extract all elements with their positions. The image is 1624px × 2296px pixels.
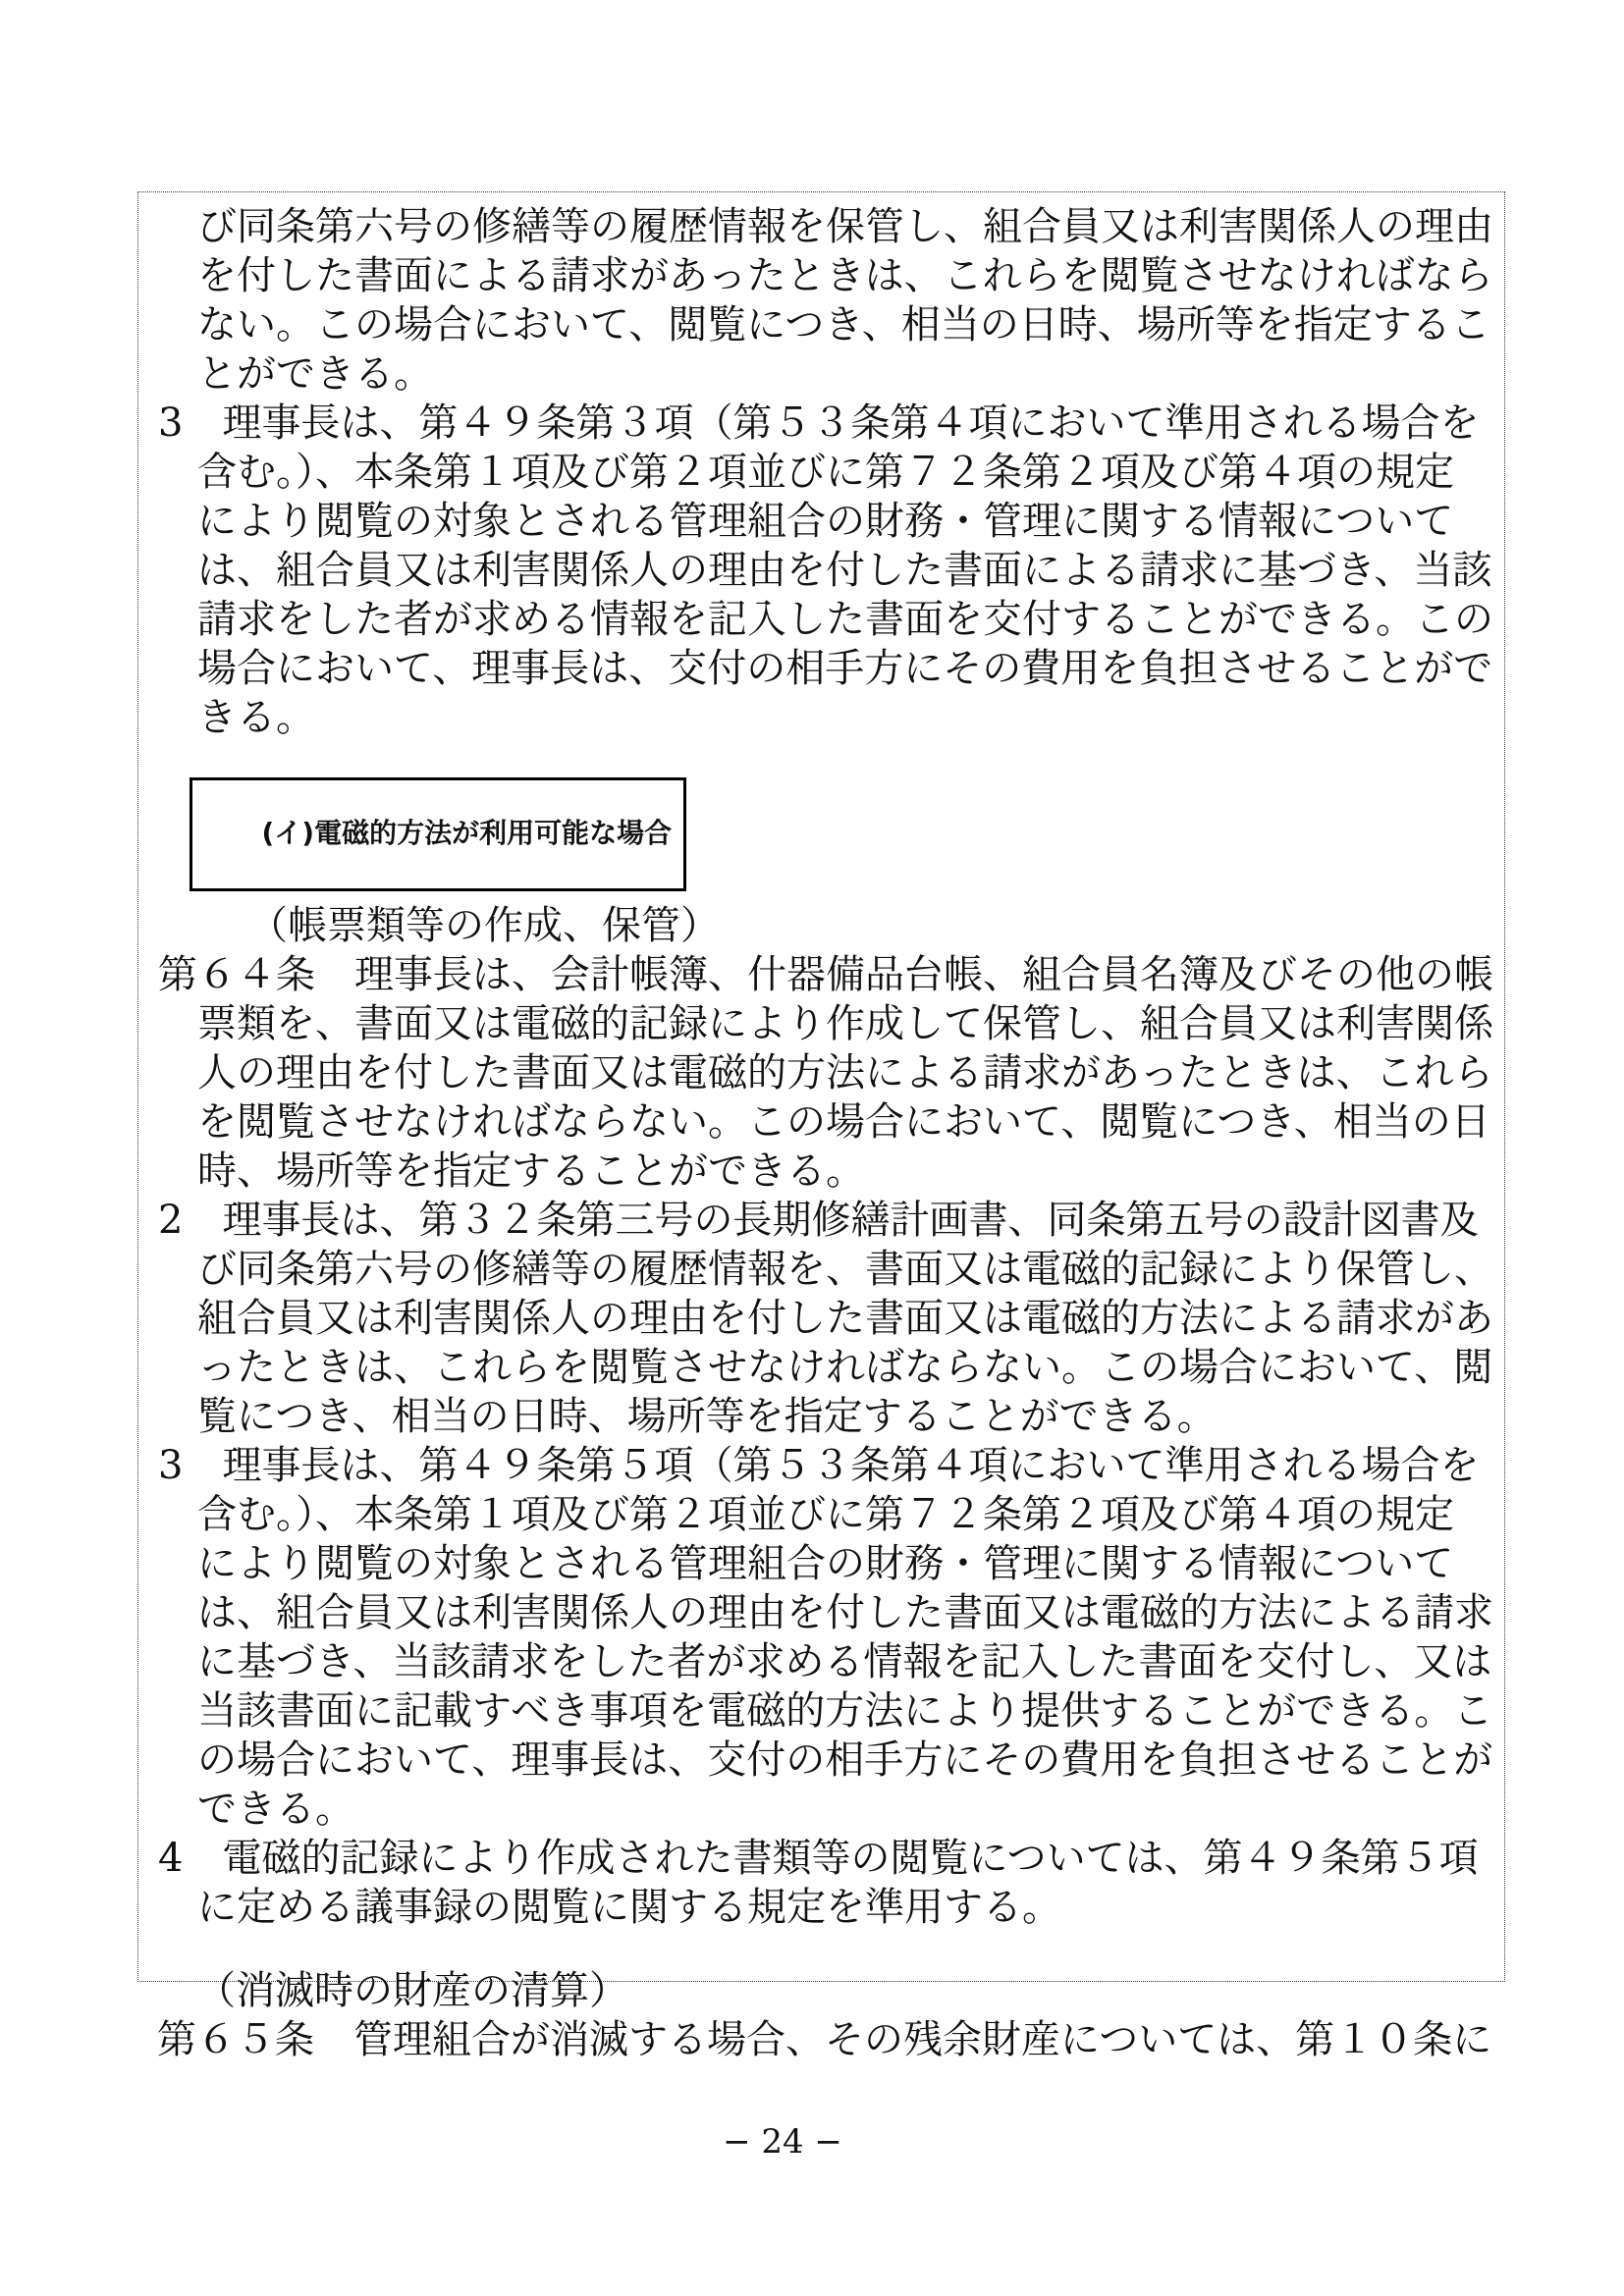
text-line: 当該書面に記載すべき事項を電磁的方法により提供することができる。こ: [138, 1686, 1500, 1735]
text-line: の場合において、理事長は、交付の相手方にその費用を負担させることが: [138, 1735, 1500, 1785]
text-line: に定める議事録の閲覧に関する規定を準用する。: [138, 1883, 1500, 1932]
text-line: 2 理事長は、第３２条第三号の長期修繕計画書、同条第五号の設計図書及: [138, 1196, 1500, 1245]
provision-lines-before-label: び同条第六号の修繕等の履歴情報を保管し、組合員又は利害関係人の理由を付した書面に…: [138, 202, 1500, 742]
text-line: 人の理由を付した書面又は電磁的方法による請求があったときは、これら: [138, 1048, 1500, 1097]
document-page: び同条第六号の修繕等の履歴情報を保管し、組合員又は利害関係人の理由を付した書面に…: [0, 0, 1624, 2296]
page-number: − 24 −: [0, 2120, 1565, 2163]
text-line: （消滅時の財産の清算）: [137, 1966, 1505, 2015]
text-line: 第６４条 理事長は、会計帳簿、什器備品台帳、組合員名簿及びその他の帳: [138, 950, 1500, 999]
subsection-label-box: (イ)電磁的方法が利用可能な場合: [189, 777, 686, 891]
text-line: 請求をした者が求める情報を記入した書面を交付することができる。この: [138, 595, 1500, 644]
subsection-label-text: (イ)電磁的方法が利用可能な場合: [262, 817, 673, 849]
text-line: 3 理事長は、第４９条第５項（第５３条第４項において準用される場合を: [138, 1441, 1500, 1490]
text-line: できる。: [138, 1785, 1500, 1834]
text-line: は、組合員又は利害関係人の理由を付した書面又は電磁的方法による請求: [138, 1588, 1500, 1637]
text-line: を閲覧させなければならない。この場合において、閲覧につき、相当の日: [138, 1097, 1500, 1147]
text-line: び同条第六号の修繕等の履歴情報を、書面又は電磁的記録により保管し、: [138, 1245, 1500, 1294]
text-line: により閲覧の対象とされる管理組合の財務・管理に関する情報について: [138, 1539, 1500, 1588]
text-line: 時、場所等を指定することができる。: [138, 1147, 1500, 1196]
text-line: 組合員又は利害関係人の理由を付した書面又は電磁的方法による請求があ: [138, 1294, 1500, 1343]
text-line: （帳票類等の作成、保管）: [138, 901, 1500, 950]
text-line: ったときは、これらを閲覧させなければならない。この場合において、閲: [138, 1343, 1500, 1392]
closing-section: （消滅時の財産の清算）第６５条 管理組合が消滅する場合、その残余財産については、…: [137, 1966, 1505, 2064]
text-line: に基づき、当該請求をした者が求める情報を記入した書面を交付し、又は: [138, 1637, 1500, 1686]
text-line: び同条第六号の修繕等の履歴情報を保管し、組合員又は利害関係人の理由: [138, 202, 1500, 251]
text-line: きる。: [138, 693, 1500, 742]
text-line: 3 理事長は、第４９条第３項（第５３条第４項において準用される場合を: [138, 399, 1500, 448]
text-line: 4 電磁的記録により作成された書類等の閲覧については、第４９条第５項: [138, 1834, 1500, 1883]
text-line: を付した書面による請求があったときは、これらを閲覧させなければなら: [138, 251, 1500, 300]
provision-lines-after-label: （帳票類等の作成、保管）第６４条 理事長は、会計帳簿、什器備品台帳、組合員名簿及…: [138, 901, 1500, 1932]
text-line: 含む。）、本条第１項及び第２項並びに第７２条第２項及び第４項の規定: [138, 448, 1500, 497]
text-line: ない。この場合において、閲覧につき、相当の日時、場所等を指定するこ: [138, 300, 1500, 349]
text-line: とができる。: [138, 349, 1500, 399]
text-line: により閲覧の対象とされる管理組合の財務・管理に関する情報について: [138, 497, 1500, 546]
text-line: 場合において、理事長は、交付の相手方にその費用を負担させることがで: [138, 644, 1500, 693]
text-line: 票類を、書面又は電磁的記録により作成して保管し、組合員又は利害関係: [138, 999, 1500, 1048]
provision-box: び同条第六号の修繕等の履歴情報を保管し、組合員又は利害関係人の理由を付した書面に…: [137, 191, 1505, 1982]
text-line: 第６５条 管理組合が消滅する場合、その残余財産については、第１０条に: [137, 2015, 1505, 2064]
text-line: は、組合員又は利害関係人の理由を付した書面による請求に基づき、当該: [138, 546, 1500, 595]
text-line: 覧につき、相当の日時、場所等を指定することができる。: [138, 1392, 1500, 1441]
text-line: 含む。）、本条第１項及び第２項並びに第７２条第２項及び第４項の規定: [138, 1490, 1500, 1539]
